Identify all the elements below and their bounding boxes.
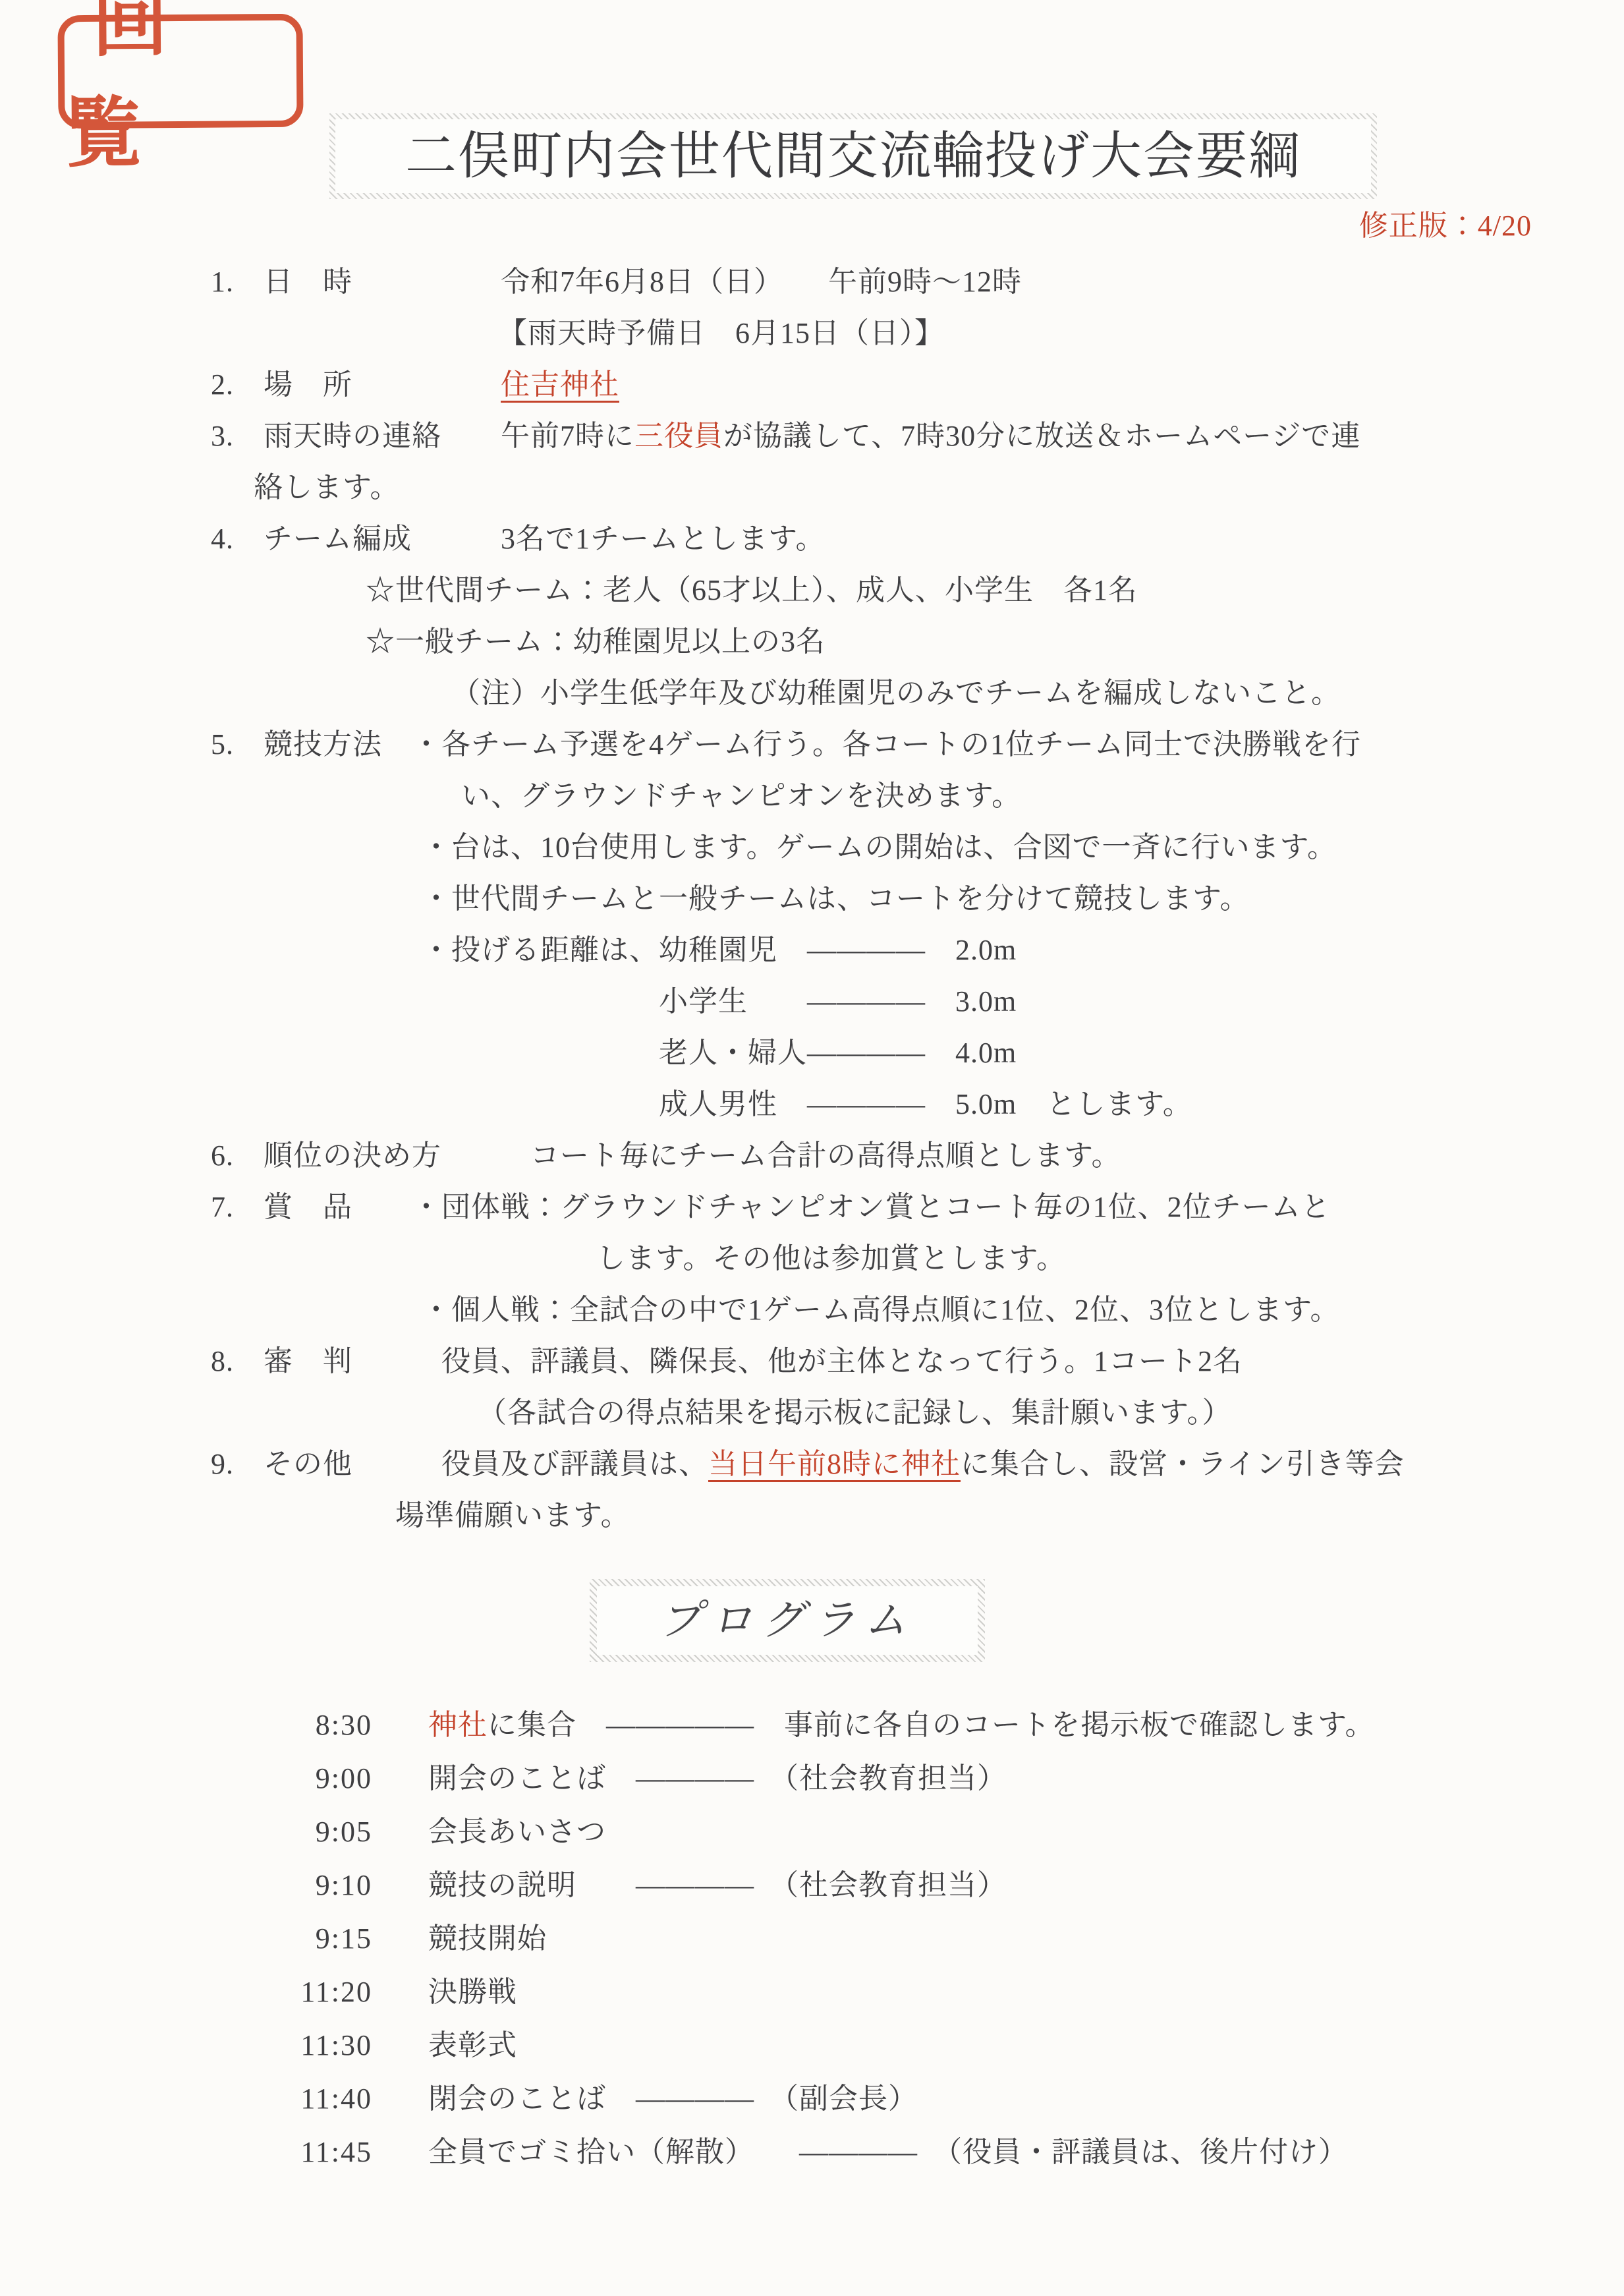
program-time: 9:15: [250, 1912, 372, 1965]
distance-adult-men: 成人男性 ―――― 5.0m とします。: [0, 1079, 1624, 1130]
program-time: 11:30: [250, 2019, 372, 2072]
item-8-referees: 8. 審 判 役員、評議員、隣保長、他が主体となって行う。1コート2名: [0, 1336, 1624, 1387]
program-schedule: 8:30神社に集合 ――――― 事前に各自のコートを掲示板で確認します。 9:0…: [0, 1698, 1624, 2179]
item-5-tables: ・台は、10台使用します。ゲームの開始は、合図で一斉に行います。: [0, 822, 1624, 873]
item-3-rain-contact: 3. 雨天時の連絡 午前7時に三役員が協議して、7時30分に放送＆ホームページで…: [0, 411, 1624, 462]
program-time: 8:30: [250, 1698, 372, 1752]
program-row: 11:20決勝戦: [0, 1965, 1624, 2019]
program-row: 9:15競技開始: [0, 1912, 1624, 1965]
item-2-place: 2. 場 所 住吉神社: [0, 359, 1624, 411]
item-7-cont: します。その他は参加賞とします。: [0, 1233, 1624, 1284]
place-shrine-red: 住吉神社: [501, 368, 619, 401]
item-1-datetime: 1. 日 時 令和7年6月8日（日） 午前9時～12時: [0, 256, 1624, 308]
program-title-box: プログラム: [590, 1579, 985, 1662]
item-9-cont: 場準備願います。: [0, 1490, 1624, 1541]
program-time: 11:20: [250, 1965, 372, 2019]
program-time: 11:45: [250, 2125, 372, 2179]
item-4-team-general: ☆一般チーム：幼稚園児以上の3名: [0, 616, 1624, 668]
item-5-cont: い、グラウンドチャンピオンを決めます。: [0, 770, 1624, 822]
circulation-stamp-label: 回覧: [64, 0, 297, 182]
circulation-stamp: 回覧: [57, 14, 303, 129]
program-title: プログラム: [597, 1586, 978, 1655]
assembly-time-red: 当日午前8時に神社: [708, 1448, 961, 1480]
program-row: 9:05会長あいさつ: [0, 1805, 1624, 1858]
program-row: 8:30神社に集合 ――――― 事前に各自のコートを掲示板で確認します。: [0, 1698, 1624, 1752]
item-4-teams: 4. チーム編成 3名で1チームとします。: [0, 513, 1624, 565]
program-time: 9:10: [250, 1858, 372, 1912]
program-time: 11:40: [250, 2072, 372, 2125]
distance-elementary: 小学生 ―――― 3.0m: [0, 976, 1624, 1027]
item-4-note: （注）小学生低学年及び幼稚園児のみでチームを編成しないこと。: [0, 668, 1624, 719]
title-highlight-box: 二俣町内会世代間交流輪投げ大会要綱: [329, 113, 1377, 199]
outline-list: 1. 日 時 令和7年6月8日（日） 午前9時～12時 【雨天時予備日 6月15…: [0, 256, 1624, 1541]
officers-red: 三役員: [634, 420, 723, 452]
program-row: 11:45全員でゴミ拾い（解散） ―――― （役員・評議員は、後片付け）: [0, 2125, 1624, 2179]
program-time: 9:00: [250, 1752, 372, 1805]
item-7-individual: ・個人戦：全試合の中で1ゲーム高得点順に1位、2位、3位とします。: [0, 1284, 1624, 1336]
item-9-other: 9. その他 役員及び評議員は、当日午前8時に神社に集合し、設営・ライン引き等会: [0, 1439, 1624, 1490]
program-row: 11:30表彰式: [0, 2019, 1624, 2072]
item-6-ranking: 6. 順位の決め方 コート毎にチーム合計の高得点順とします。: [0, 1130, 1624, 1182]
item-3-cont: 絡します。: [0, 462, 1624, 513]
item-5-courts: ・世代間チームと一般チームは、コートを分けて競技します。: [0, 873, 1624, 925]
program-row: 11:40閉会のことば ―――― （副会長）: [0, 2072, 1624, 2125]
revision-note: 修正版：4/20: [0, 210, 1532, 243]
item-4-team-gen: ☆世代間チーム：老人（65才以上）、成人、小学生 各1名: [0, 565, 1624, 616]
shrine-red: 神社: [428, 1709, 488, 1741]
distance-kindergarten: ・投げる距離は、幼稚園児 ―――― 2.0m: [0, 925, 1624, 976]
document-page: 回覧 二俣町内会世代間交流輪投げ大会要綱 修正版：4/20 1. 日 時 令和7…: [0, 0, 1624, 2296]
item-5-method: 5. 競技方法 ・各チーム予選を4ゲーム行う。各コートの1位チーム同士で決勝戦を…: [0, 719, 1624, 770]
program-row: 9:00開会のことば ―――― （社会教育担当）: [0, 1752, 1624, 1805]
program-row: 9:10競技の説明 ―――― （社会教育担当）: [0, 1858, 1624, 1912]
page-title: 二俣町内会世代間交流輪投げ大会要綱: [335, 119, 1371, 193]
program-time: 9:05: [250, 1805, 372, 1858]
item-8-note: （各試合の得点結果を掲示板に記録し、集計願います。）: [0, 1387, 1624, 1439]
item-1-rain-date: 【雨天時予備日 6月15日（日）】: [0, 308, 1624, 359]
item-7-prizes: 7. 賞 品 ・団体戦：グラウンドチャンピオン賞とコート毎の1位、2位チームと: [0, 1182, 1624, 1233]
distance-elderly-women: 老人・婦人―――― 4.0m: [0, 1027, 1624, 1079]
